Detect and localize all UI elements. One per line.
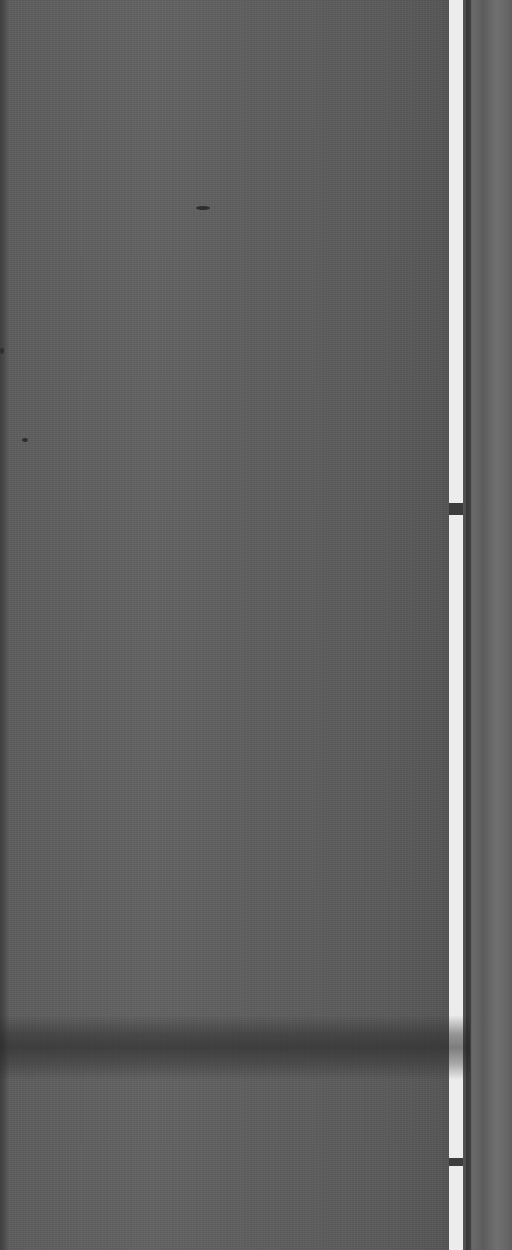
road-speck <box>196 206 210 210</box>
road-speck <box>0 348 4 354</box>
edge-line-segment <box>449 1166 463 1250</box>
road-speck <box>22 438 28 442</box>
road-stain <box>0 1015 470 1080</box>
road-scene <box>0 0 512 1250</box>
edge-line-segment <box>449 0 463 503</box>
edge-line-gap <box>449 503 463 515</box>
edge-line-gap <box>449 1158 463 1166</box>
